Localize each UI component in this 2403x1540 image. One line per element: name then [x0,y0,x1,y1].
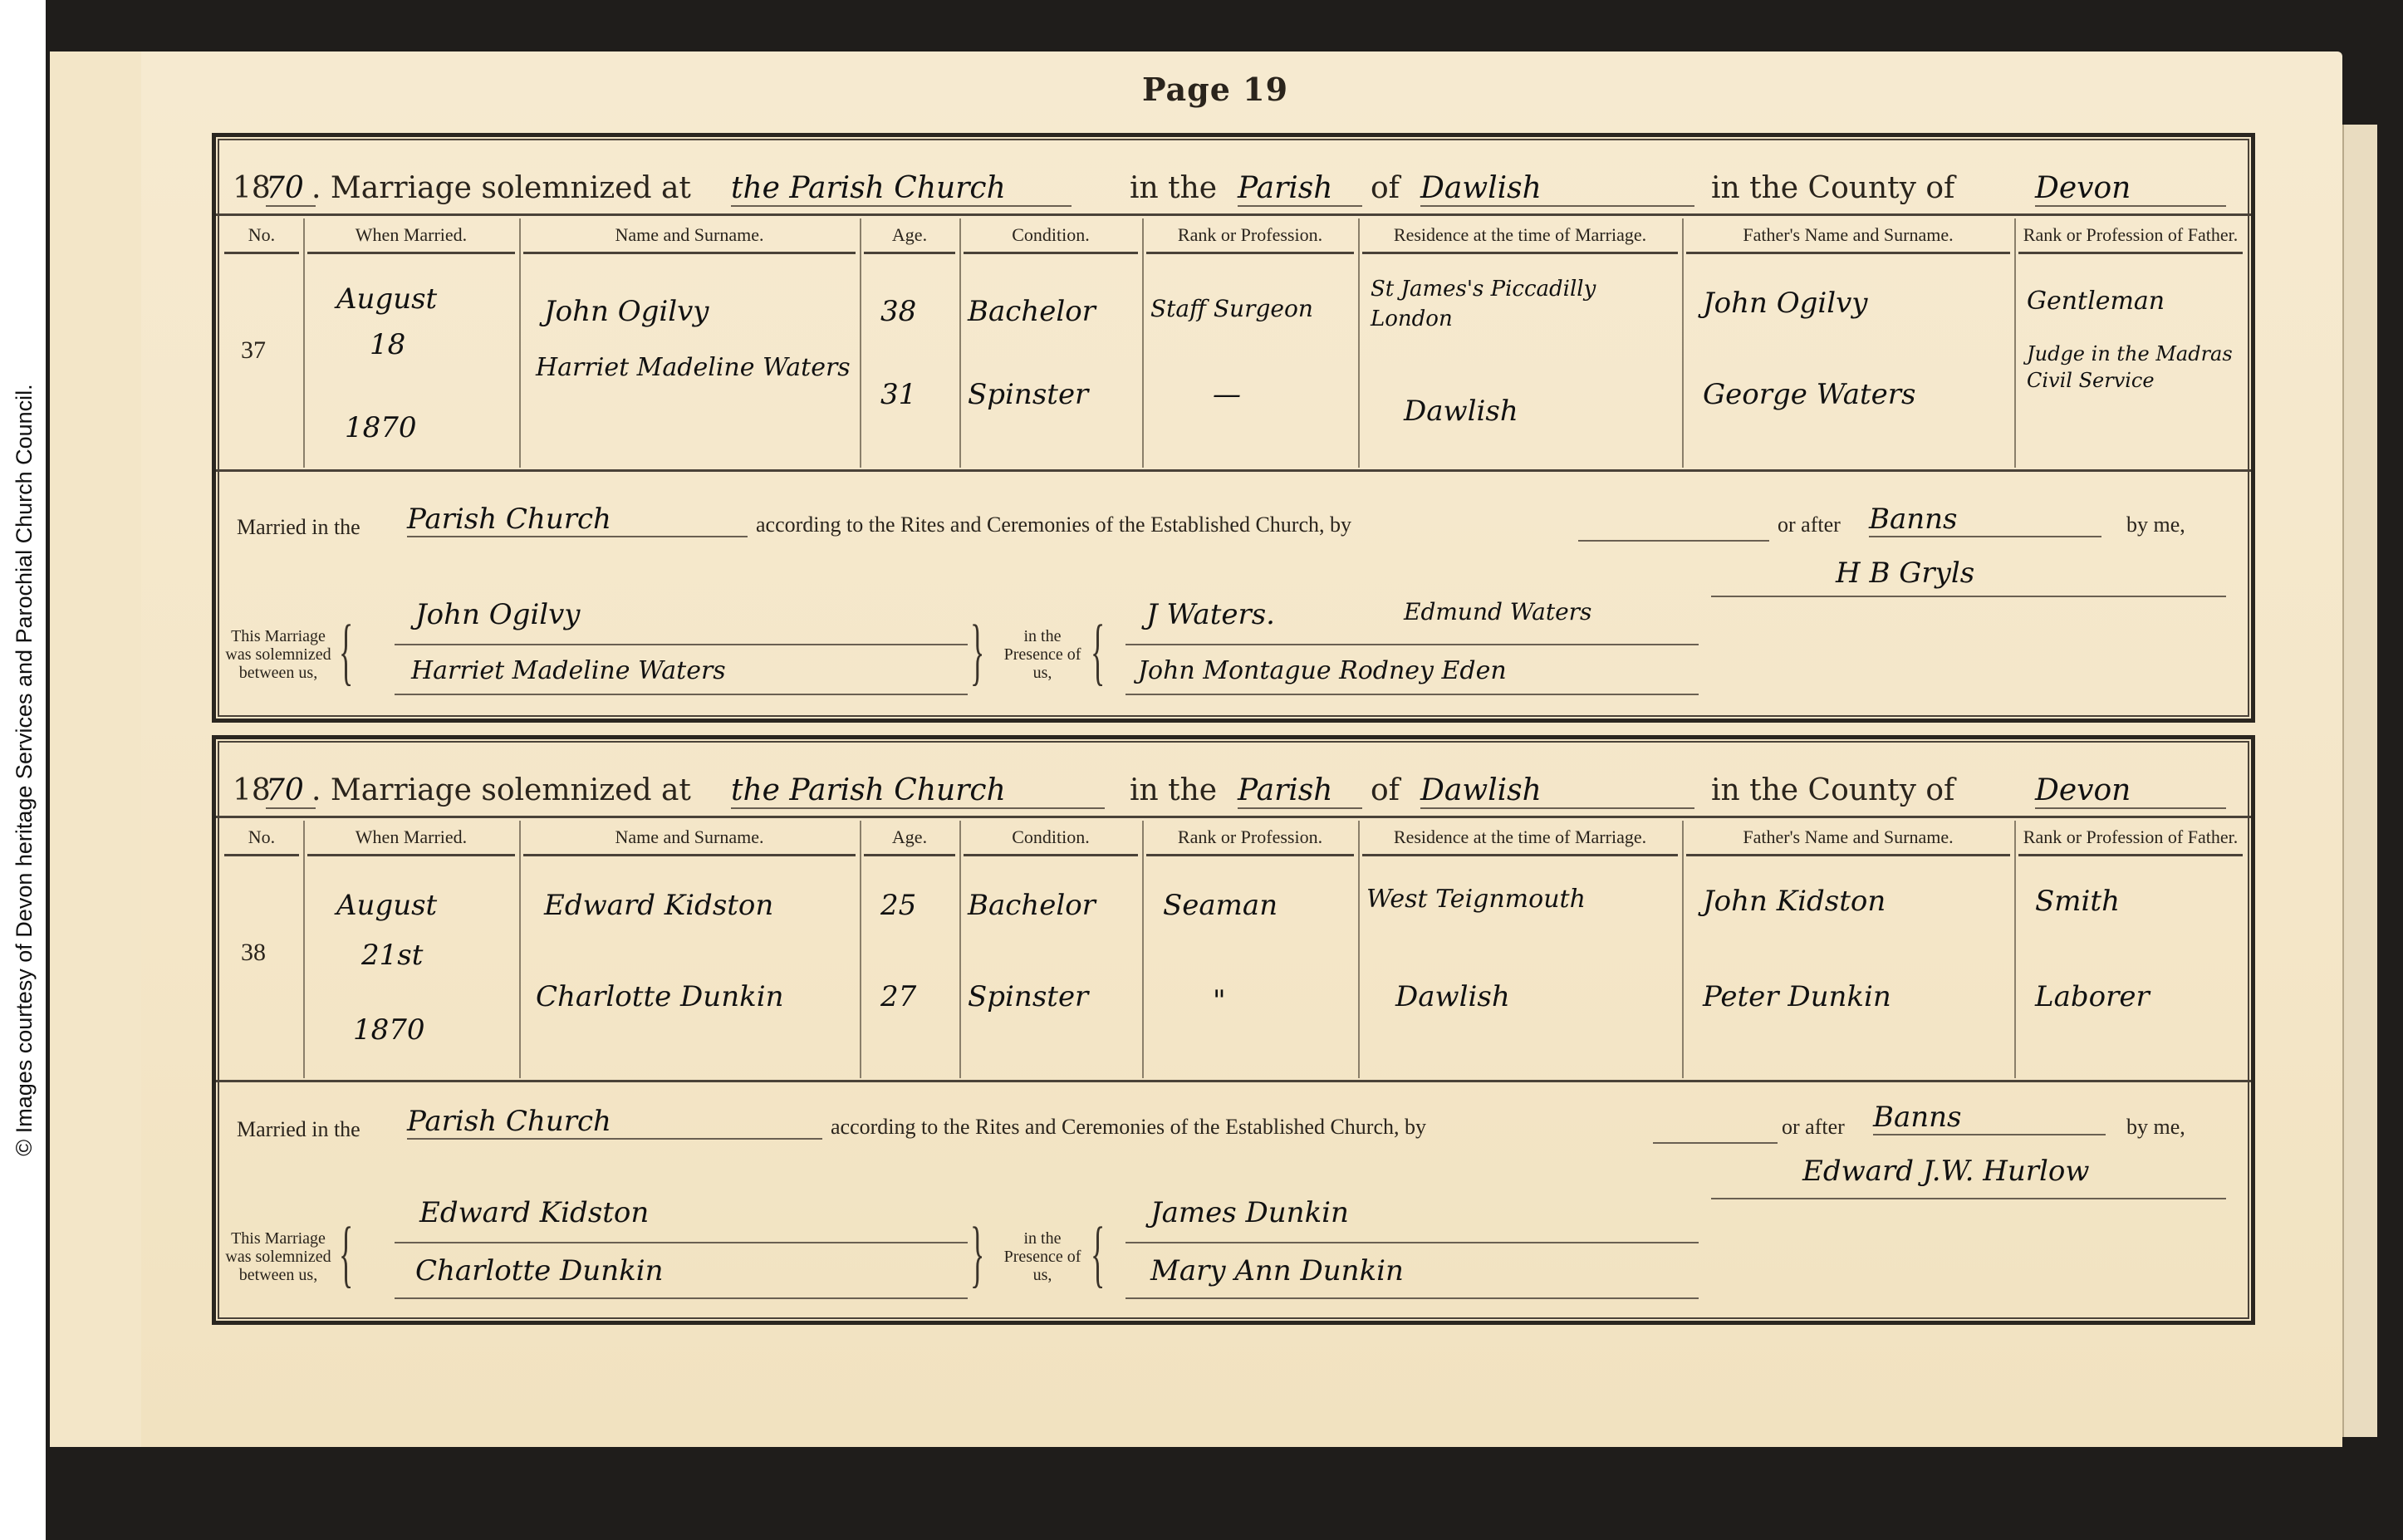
of-label: of [1371,171,1400,205]
this-marriage-label: This Marriage was solemnized between us, [224,627,332,682]
date-day: 18 [370,328,405,361]
facing-page-edge [50,51,144,1447]
col-no: No. [224,218,299,254]
signature-line [395,1297,968,1299]
bride-father-rank: Laborer [2035,980,2150,1013]
entry-number: 37 [241,336,266,365]
bride-condition: Spinster [968,378,1088,411]
left-brace: { [1091,1217,1105,1292]
by-me-label: by me, [2126,1115,2185,1140]
divider [216,1080,2251,1082]
married-in-value: Parish Church [407,1105,822,1140]
page-fore-edge [2342,125,2377,1437]
place: the Parish Church [731,171,1072,207]
officiant-signature: Edward J.W. Hurlow [1802,1155,2089,1188]
left-brace: { [1091,615,1105,689]
bride-signature: Harriet Madeline Waters [411,656,726,685]
signature-line [1125,644,1699,645]
divider [1358,218,1360,468]
place: the Parish Church [731,773,1105,809]
bride-residence: Dawlish [1395,980,1510,1013]
col-condition: Condition. [964,218,1138,254]
bride-residence: Dawlish [1404,395,1518,428]
signature-line [395,1242,968,1243]
bride-name: Charlotte Dunkin [536,980,783,1013]
col-residence: Residence at the time of Marriage. [1362,821,1678,856]
according-label: according to the Rites and Ceremonies of… [831,1115,1426,1140]
county: Devon [2035,171,2226,207]
entry-number: 38 [241,939,266,967]
year-suffix: 70 [266,773,316,809]
divider [1142,218,1144,468]
solemnized-label: . Marriage solemnized at [311,773,691,807]
district-type: Parish [1238,171,1362,207]
groom-father-rank: Gentleman [2027,287,2165,316]
divider [1142,821,1144,1078]
witness-2: Mary Ann Dunkin [1150,1254,1404,1287]
date-day: 21st [361,939,423,972]
district-type: Parish [1238,773,1362,809]
divider [216,213,2251,216]
or-after-value: Banns [1869,503,2101,537]
in-presence-label: in the Presence of us, [1001,627,1084,682]
witness-2: Edmund Waters [1404,598,1591,625]
according-label: according to the Rites and Ceremonies of… [756,513,1351,537]
divider [303,821,305,1078]
by-line [1653,1142,1778,1144]
county: Devon [2035,773,2226,809]
married-in-value: Parish Church [407,503,748,537]
witness-3: John Montague Rodney Eden [1138,656,1507,685]
officiant-signature: H B Gryls [1836,557,1974,590]
groom-residence: West Teignmouth [1366,885,1586,914]
groom-residence: St James's Piccadilly London [1371,274,1670,334]
district: Dawlish [1420,171,1694,207]
bride-rank: — [1213,378,1241,411]
or-after-label: or after [1778,513,1841,537]
of-label: of [1371,773,1400,807]
district: Dawlish [1420,773,1694,809]
signature-line [1125,694,1699,695]
bride-age: 27 [880,980,916,1013]
year-prefix: 18 [233,773,271,807]
credit-strip: © Images courtesy of Devon heritage Serv… [0,0,46,1540]
in-presence-label: in the Presence of us, [1001,1229,1084,1284]
divider [959,218,961,468]
witness-1: James Dunkin [1150,1196,1349,1229]
divider [216,469,2251,472]
divider [216,816,2251,818]
divider [2014,821,2016,1078]
bride-rank: " [1213,984,1226,1018]
col-age: Age. [864,821,955,856]
groom-rank: Seaman [1163,889,1278,922]
col-rank: Rank or Profession. [1146,218,1354,254]
col-condition: Condition. [964,821,1138,856]
col-father: Father's Name and Surname. [1686,821,2010,856]
signature-line [395,644,968,645]
in-the-label: in the [1130,773,1217,807]
groom-rank: Staff Surgeon [1150,295,1313,322]
col-residence: Residence at the time of Marriage. [1362,218,1678,254]
groom-name: Edward Kidston [544,889,773,922]
date-month: August [336,889,437,922]
officiant-line [1711,1198,2226,1199]
signature-line [1125,1297,1699,1299]
this-marriage-label: This Marriage was solemnized between us, [224,1229,332,1284]
county-label: in the County of [1711,773,1954,807]
married-in-label: Married in the [237,1117,360,1142]
col-father-rank: Rank or Profession of Father. [2018,821,2243,856]
col-age: Age. [864,218,955,254]
or-after-label: or after [1782,1115,1845,1140]
left-brace: { [339,1217,353,1292]
bride-name: Harriet Madeline Waters [536,353,851,382]
year-suffix: 70 [266,171,316,207]
groom-father-rank: Smith [2035,885,2120,918]
year-prefix: 18 [233,171,271,205]
col-father-rank: Rank or Profession of Father. [2018,218,2243,254]
or-after-value: Banns [1873,1101,2106,1135]
witness-1: J Waters. [1146,598,1275,631]
marriage-entry-38: 18 70 . Marriage solemnized at the Paris… [212,735,2255,1325]
date-year: 1870 [345,411,417,444]
col-rank: Rank or Profession. [1146,821,1354,856]
divider [860,821,861,1078]
bride-father: George Waters [1703,378,1915,411]
right-brace: } [970,615,984,689]
col-when-married: When Married. [307,821,515,856]
divider [1682,821,1684,1078]
groom-condition: Bachelor [968,295,1096,328]
date-month: August [336,282,437,316]
copyright-credit: © Images courtesy of Devon heritage Serv… [12,0,37,1540]
groom-father: John Ogilvy [1703,287,1868,320]
bride-signature: Charlotte Dunkin [415,1254,663,1287]
by-me-label: by me, [2126,513,2185,537]
solemnized-label: . Marriage solemnized at [311,171,691,205]
signature-line [395,694,968,695]
divider [959,821,961,1078]
divider [2014,218,2016,468]
right-brace: } [970,1217,984,1292]
bride-father: Peter Dunkin [1703,980,1891,1013]
col-name: Name and Surname. [523,218,856,254]
signature-line [1125,1242,1699,1243]
divider [303,218,305,468]
date-year: 1870 [353,1013,425,1047]
groom-condition: Bachelor [968,889,1096,922]
groom-name: John Ogilvy [544,295,709,328]
col-when-married: When Married. [307,218,515,254]
divider [519,218,521,468]
officiant-line [1711,596,2226,597]
col-father: Father's Name and Surname. [1686,218,2010,254]
by-line [1578,540,1769,542]
groom-father: John Kidston [1703,885,1886,918]
marriage-entry-37: 18 70 . Marriage solemnized at the Paris… [212,133,2255,723]
married-in-label: Married in the [237,515,360,540]
bride-father-rank: Judge in the Madras Civil Service [2027,341,2276,394]
divider [860,218,861,468]
page-number: Page 19 [1142,71,1288,108]
bride-age: 31 [880,378,916,411]
col-name: Name and Surname. [523,821,856,856]
in-the-label: in the [1130,171,1217,205]
bride-condition: Spinster [968,980,1088,1013]
divider [1358,821,1360,1078]
county-label: in the County of [1711,171,1954,205]
divider [519,821,521,1078]
groom-age: 25 [880,889,916,922]
col-no: No. [224,821,299,856]
groom-signature: John Ogilvy [415,598,581,631]
groom-age: 38 [880,295,916,328]
left-brace: { [339,615,353,689]
groom-signature: Edward Kidston [419,1196,649,1229]
divider [1682,218,1684,468]
